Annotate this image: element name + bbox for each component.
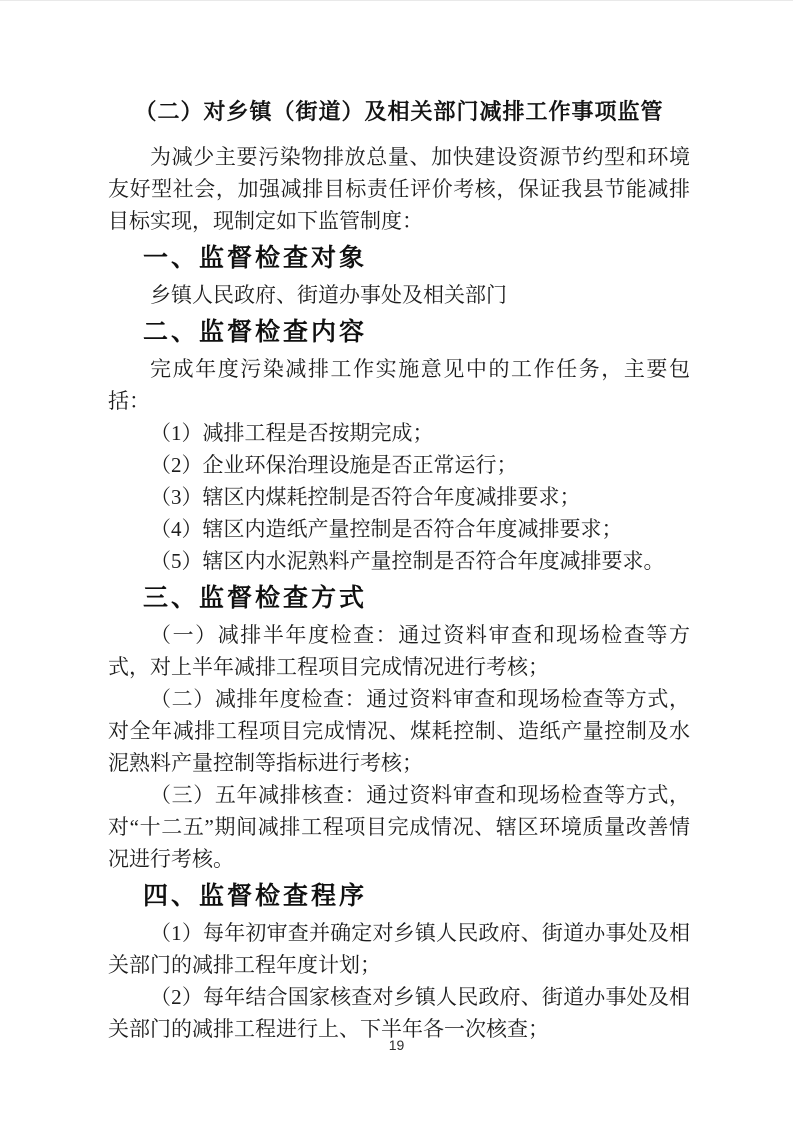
numbered-item-1: （1）减排工程是否按期完成； — [108, 417, 690, 449]
numbered-item-3: （3）辖区内煤耗控制是否符合年度减排要求； — [108, 481, 690, 513]
heading-section-2: 二、监督检查内容 — [108, 316, 690, 348]
section-4-item-2: （2）每年结合国家核查对乡镇人民政府、街道办事处及相关部门的减排工程进行上、下半… — [108, 981, 690, 1045]
section-3-item-2: （二）减排年度检查：通过资料审查和现场检查等方式，对全年减排工程项目完成情况、煤… — [108, 683, 690, 779]
numbered-item-4: （4）辖区内造纸产量控制是否符合年度减排要求； — [108, 513, 690, 545]
heading-section-1: 一、监督检查对象 — [108, 242, 690, 274]
document-title: （二）对乡镇（街道）及相关部门减排工作事项监管 — [108, 97, 690, 127]
numbered-item-5: （5）辖区内水泥熟料产量控制是否符合年度减排要求。 — [108, 545, 690, 577]
page-number: 19 — [0, 1037, 793, 1053]
intro-paragraph: 为减少主要污染物排放总量、加快建设资源节约型和环境友好型社会，加强减排目标责任评… — [108, 141, 690, 237]
heading-section-3: 三、监督检查方式 — [108, 582, 690, 614]
numbered-item-2: （2）企业环保治理设施是否正常运行； — [108, 449, 690, 481]
document-page: （二）对乡镇（街道）及相关部门减排工作事项监管 为减少主要污染物排放总量、加快建… — [0, 0, 793, 1122]
heading-section-4: 四、监督检查程序 — [108, 880, 690, 912]
section-3-item-1: （一）减排半年度检查：通过资料审查和现场检查等方式，对上半年减排工程项目完成情况… — [108, 619, 690, 683]
section-1-paragraph: 乡镇人民政府、街道办事处及相关部门 — [108, 279, 690, 311]
section-3-item-3: （三）五年减排核查：通过资料审查和现场检查等方式，对“十二五”期间减排工程项目完… — [108, 779, 690, 875]
section-2-paragraph: 完成年度污染减排工作实施意见中的工作任务，主要包括： — [108, 353, 690, 417]
section-4-item-1: （1）每年初审查并确定对乡镇人民政府、街道办事处及相关部门的减排工程年度计划； — [108, 917, 690, 981]
